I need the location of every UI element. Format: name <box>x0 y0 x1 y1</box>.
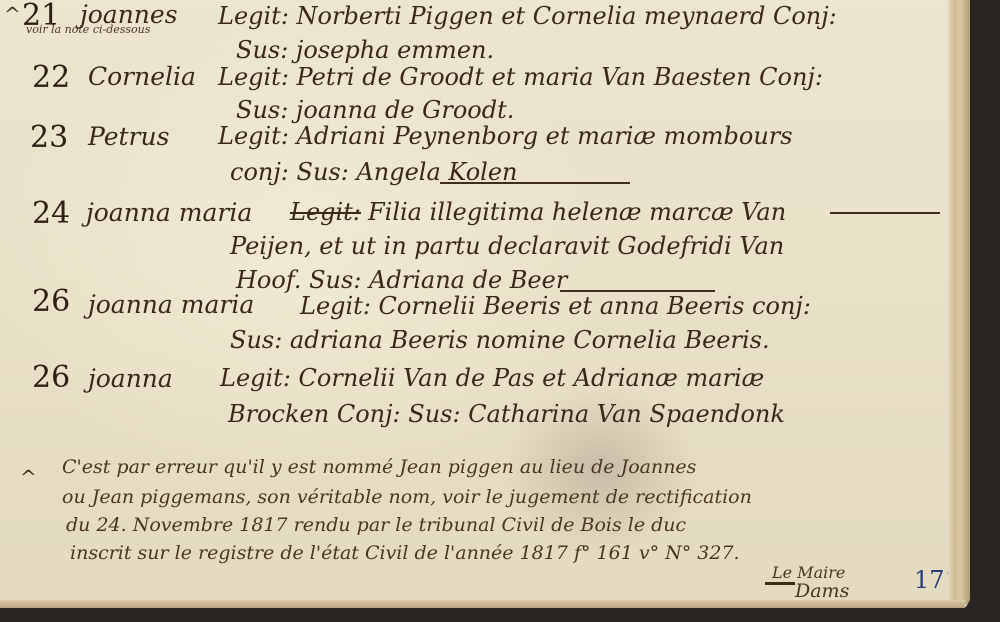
page-bottom-edge <box>0 600 965 608</box>
child-name: joanna <box>88 364 173 393</box>
entry-parents: Legit: Cornelii Van de Pas et Adrianæ ma… <box>220 364 764 392</box>
footnote-line: du 24. Novembre 1817 rendu par le tribun… <box>66 514 686 536</box>
entry-number: 26 <box>32 284 70 319</box>
footnote-line: inscrit sur le registre de l'état Civil … <box>70 542 740 564</box>
entry-number: 24 <box>32 196 70 231</box>
struck-word: Legit: <box>290 198 361 226</box>
child-name: joanna maria <box>88 290 254 319</box>
entry-godparent: Sus: joanna de Groodt. <box>236 96 514 124</box>
entry-parents: Legit: Norberti Piggen et Cornelia meyna… <box>218 2 837 30</box>
entry-number: 23 <box>30 120 68 155</box>
entry-parents: Legit: Petri de Groodt et maria Van Baes… <box>218 63 823 91</box>
entry-parents-continued: Peijen, et ut in partu declaravit Godefr… <box>230 232 784 260</box>
page-edge <box>948 0 970 606</box>
footnote-line: C'est par erreur qu'il y est nommé Jean … <box>62 456 696 478</box>
underline-rule <box>830 212 940 214</box>
entry-parents: Legit: Cornelii Beeris et anna Beeris co… <box>300 292 811 320</box>
child-name: Cornelia <box>88 62 196 91</box>
child-name: Petrus <box>88 122 169 151</box>
footnote-line: ou Jean piggemans, son véritable nom, vo… <box>62 486 752 508</box>
signature-flourish <box>765 582 795 585</box>
signature-name: Dams <box>795 580 849 602</box>
correction-marker: ^ <box>4 2 21 26</box>
entry-godparent: Sus: josepha emmen. <box>236 36 494 64</box>
footnote-marker: ^ <box>20 465 37 489</box>
entry-parents: Legit: Adriani Peynenborg et mariæ mombo… <box>218 122 793 150</box>
entry-parents: Filia illegitima helenæ marcæ Van <box>368 198 786 226</box>
underline-rule <box>440 182 630 184</box>
entry-number: 26 <box>32 360 70 395</box>
register-page: ^ 21 joannes voir la note ci-dessous Leg… <box>0 0 968 608</box>
entry-godparent: Sus: adriana Beeris nomine Cornelia Beer… <box>230 326 770 354</box>
entry-godparent: Hoof. Sus: Adriana de Beer <box>236 266 567 294</box>
margin-note: voir la note ci-dessous <box>26 23 150 36</box>
child-name: joanna maria <box>86 198 252 227</box>
entry-number: 22 <box>32 60 70 95</box>
entry-godparent: Brocken Conj: Sus: Catharina Van Spaendo… <box>228 400 785 428</box>
